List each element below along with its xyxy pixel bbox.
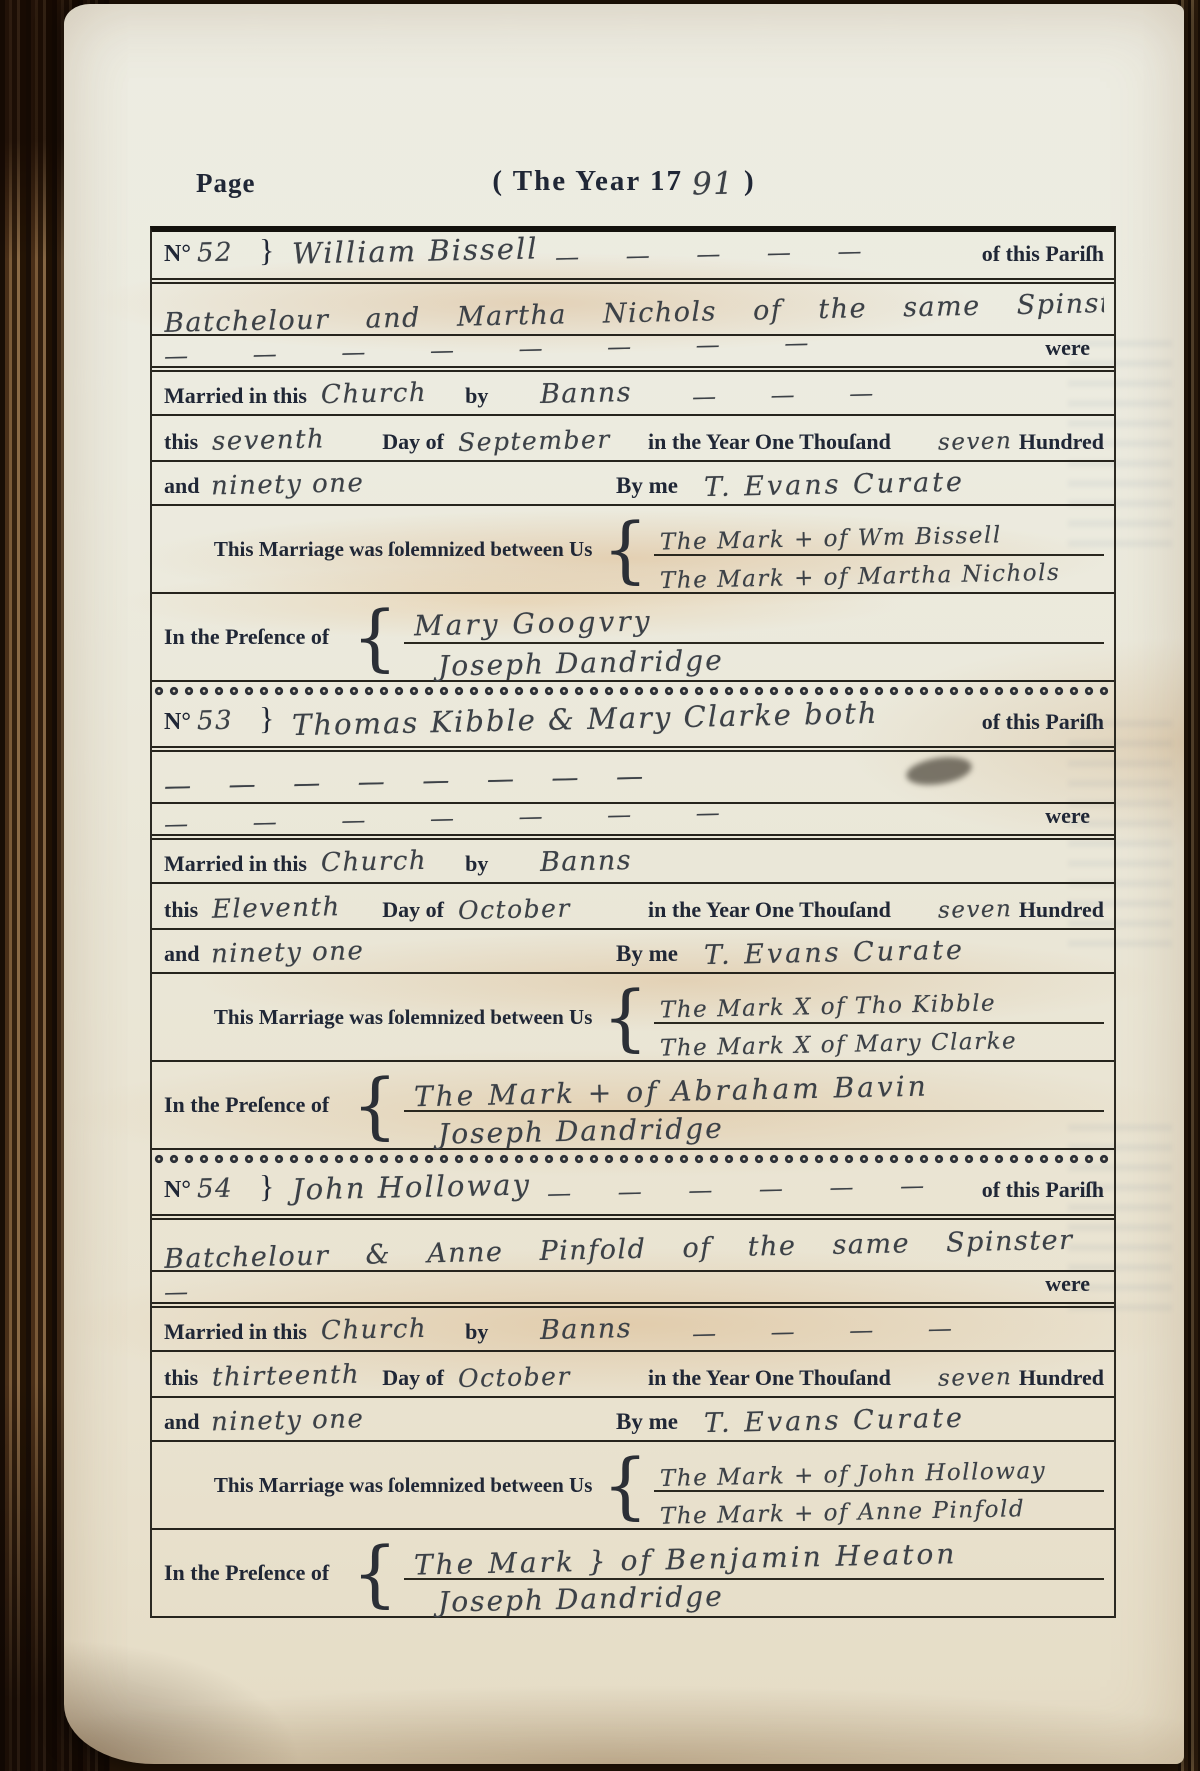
entry-number-row: N° 52 } William Bissell — — — — — of thi… [152,232,1114,284]
were-label: were [1045,335,1090,361]
year-title-suffix: ) [744,165,756,197]
parish-label: of this Pariſh [982,1177,1104,1203]
witness-signature-1: The Mark } of Benjamin Heaton [404,1537,958,1584]
witness-signature-1: The Mark + of Abraham Bavin [404,1070,929,1116]
entry-number-row: N° 54 } John Holloway — — — — — — of thi… [152,1168,1114,1220]
parish-label: of this Pariſh [982,241,1104,267]
marks-stack: The Mark + of John Holloway The Mark + o… [654,1442,1104,1528]
officiant-row: and ninety one By me T. Evans Curate [152,462,1114,506]
curly-brace: { [352,1065,398,1145]
entry-number: 52 [197,238,234,269]
witness-signature-2: Joseph Dandridge [403,1578,723,1620]
witnesses-row: In the Preſence of { The Mark } of Benja… [152,1530,1114,1618]
marriage-register-form: N° 52 } William Bissell — — — — — of thi… [150,226,1116,1618]
entry-53: N° 53 } Thomas Kibble & Mary Clarke both… [152,700,1114,1150]
page-header: Page ( The Year 17 91 ) [64,154,1184,214]
this-label: this [164,897,198,923]
marks-stack: The Mark + of Wm Bissell The Mark + of M… [654,506,1104,592]
marks-stack: The Mark X of Tho Kibble The Mark X of M… [654,974,1104,1060]
month-name: September [458,424,645,457]
day-of-label: Day of [382,429,444,455]
officiant-row: and ninety one By me T. Evans Curate [152,930,1114,974]
by-means: Banns [540,1313,633,1346]
married-in-this-label: Married in this [164,383,307,409]
curly-brace: { [352,1533,398,1613]
filler-dashes: — — — [692,379,875,411]
married-row: Married in this Church by Banns [152,840,1114,884]
entry-52: N° 52 } William Bissell — — — — — of thi… [152,232,1114,682]
hundred-label: Hundred [1019,897,1104,923]
bride-mark: The Mark X of Mary Clarke [654,1028,1018,1064]
groom-name: William Bissell [292,231,539,270]
filler-dashes: — — — — [692,1314,954,1347]
this-label: this [164,429,198,455]
date-row: this thirteenth Day of October in the Ye… [152,1352,1114,1398]
seven-handwritten: seven [938,1364,1013,1392]
witness-signature-2: Joseph Dandridge [403,1110,723,1152]
seven-handwritten: seven [938,428,1013,456]
curly-brace: { [602,977,648,1057]
entry-number-prefix: N° [164,1177,191,1204]
this-label: this [164,1365,198,1391]
were-label: were [1045,1271,1090,1297]
officiant-signature: T. Evans Curate [704,1400,1105,1439]
curly-brace: { [602,1445,648,1525]
by-label: by [465,851,488,877]
by-label: by [465,1319,488,1345]
witnesses-row: In the Preſence of { Mary Googvry Joseph… [152,594,1114,682]
year-title-prefix: ( The Year 17 [492,165,683,197]
year-title: ( The Year 17 91 ) [64,162,1184,198]
married-in-this-label: Married in this [164,851,307,877]
marriage-place: Church [321,846,428,878]
were-label: were [1045,803,1090,829]
officiant-signature: T. Evans Curate [704,464,1105,503]
witnesses-row: In the Preſence of { The Mark + of Abrah… [152,1062,1114,1150]
day-ordinal: Eleventh [212,891,383,925]
entry-brace: } [259,700,274,737]
witness-signature-2: Joseph Dandridge [403,642,723,684]
month-name: October [458,892,645,925]
day-of-label: Day of [382,897,444,923]
solemnized-label: This Marriage was ſolemnized between Us [164,1005,596,1030]
officiant-signature: T. Evans Curate [704,932,1105,971]
marriage-place: Church [321,378,428,410]
and-label: and [164,941,199,967]
married-in-this-label: Married in this [164,1319,307,1345]
bride-mark: The Mark + of Anne Pinfold [654,1496,1026,1532]
presence-label: In the Preſence of [164,624,346,650]
and-label: and [164,1409,199,1435]
day-ordinal: thirteenth [212,1359,383,1393]
register-photo: Page ( The Year 17 91 ) N° 52 } William … [0,0,1200,1771]
married-row: Married in this Church by Banns — — — — [152,1308,1114,1352]
presence-label: In the Preſence of [164,1560,346,1586]
entry-brace: } [259,232,274,269]
year-tens: ninety one [211,467,442,502]
entry-brace: } [259,1168,274,1205]
solemnized-row: This Marriage was ſolemnized between Us … [152,1442,1114,1530]
witness-signature-1: Mary Googvry [403,604,652,644]
solemnized-label: This Marriage was ſolemnized between Us [164,537,596,562]
in-the-year-label: in the Year One Thouſand [648,1365,891,1391]
condition-and-bride: — — — — — — — — [164,761,645,802]
by-me-label: By me [616,1409,678,1435]
entry-number-prefix: N° [164,709,191,736]
curly-brace: { [602,509,648,589]
by-means: Banns [540,377,633,410]
groom-mark: The Mark + of Wm Bissell [654,522,1002,557]
entry-number-prefix: N° [164,241,191,268]
hundred-label: Hundred [1019,1365,1104,1391]
witness-stack: The Mark + of Abraham Bavin Joseph Dandr… [404,1062,1104,1148]
ornament-divider [152,682,1114,700]
filler-dashes: — — — — — — [547,1171,972,1208]
were-row: — — — — — — — — were [152,336,1114,372]
solemnized-row: This Marriage was ſolemnized between Us … [152,974,1114,1062]
entry-number: 54 [197,1174,234,1205]
parish-label: of this Pariſh [982,709,1104,735]
entry-number: 53 [197,706,234,737]
by-me-label: By me [616,473,678,499]
ornament-divider [152,1150,1114,1168]
were-row: — were [152,1272,1114,1308]
groom-name: John Holloway [292,1168,532,1207]
were-row: — — — — — — — were [152,804,1114,840]
hundred-label: Hundred [1019,429,1104,455]
and-label: and [164,473,199,499]
month-name: October [458,1360,645,1393]
register-page: Page ( The Year 17 91 ) N° 52 } William … [64,4,1184,1764]
presence-label: In the Preſence of [164,1092,346,1118]
year-tens: ninety one [211,1403,442,1438]
marriage-place: Church [321,1314,428,1346]
witness-stack: The Mark } of Benjamin Heaton Joseph Dan… [404,1530,1104,1616]
by-me-label: By me [616,941,678,967]
witness-stack: Mary Googvry Joseph Dandridge [404,594,1104,680]
groom-mark: The Mark X of Tho Kibble [654,990,997,1025]
seven-handwritten: seven [938,896,1013,924]
curly-brace: { [352,597,398,677]
year-tens: ninety one [211,935,442,970]
groom-mark: The Mark + of John Holloway [654,1458,1047,1494]
by-means: Banns [540,845,633,878]
filler-dashes: — — — — — [555,235,972,272]
in-the-year-label: in the Year One Thouſand [648,429,891,455]
day-ordinal: seventh [212,423,383,457]
filler-dashes [895,728,972,730]
solemnized-label: This Marriage was ſolemnized between Us [164,1473,596,1498]
day-of-label: Day of [382,1365,444,1391]
entry-54: N° 54 } John Holloway — — — — — — of thi… [152,1168,1114,1618]
in-the-year-label: in the Year One Thouſand [648,897,891,923]
date-row: this Eleventh Day of October in the Year… [152,884,1114,930]
year-handwritten: 91 [692,166,735,203]
married-row: Married in this Church by Banns — — — [152,372,1114,416]
date-row: this seventh Day of September in the Yea… [152,416,1114,462]
by-label: by [465,383,488,409]
solemnized-row: This Marriage was ſolemnized between Us … [152,506,1114,594]
entry-number-row: N° 53 } Thomas Kibble & Mary Clarke both… [152,700,1114,752]
bride-mark: The Mark + of Martha Nichols [654,560,1061,597]
groom-name: Thomas Kibble & Mary Clarke both [292,696,879,742]
officiant-row: and ninety one By me T. Evans Curate [152,1398,1114,1442]
